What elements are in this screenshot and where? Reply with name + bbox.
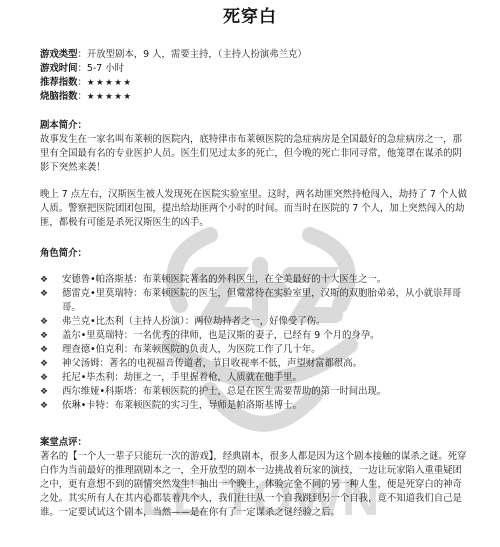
character-text: 神父汤姆：著名的电视福音传道者，节目收视率不低，声望财富都很高。 [62,358,362,369]
info-sep: ： [78,49,87,60]
page-title: 死穿白 [0,2,500,27]
diamond-bullet-icon: ❖ [40,287,48,301]
diamond-bullet-icon: ❖ [40,399,48,413]
info-row-type: 游戏类型：开放型剧本，9 人，需要主持，（主持人扮演弗兰克） [40,48,307,62]
character-text: 西尔维娅•科斯塔：布莱顿医院的护士，总是在医生需要帮助的第一时间出现。 [62,386,386,397]
section-heading: 角色简介： [40,247,470,261]
info-label: 烧脑指数 [40,91,78,102]
list-item: ❖安德鲁•帕洛斯基：布莱顿医院著名的外科医生，在全美最好的十大医生之一。 [40,273,470,287]
list-item: ❖盖尔•里莫瑞特：一名优秀的律师，也是汉斯的妻子，已经有 9 个月的身孕。 [40,329,470,343]
list-item: ❖神父汤姆：著名的电视福音传道者，节目收视率不低，声望财富都很高。 [40,357,470,371]
character-text: 安德鲁•帕洛斯基：布莱顿医院著名的外科医生，在全美最好的十大医生之一。 [62,274,386,285]
diamond-bullet-icon: ❖ [40,315,48,329]
info-row-time: 游戏时间：5-7 小时 [40,62,307,76]
character-text: 托尼•毕杰利：劫匪之一，手里握着枪，人质就在他手里。 [62,372,302,383]
section-heading: 案堂点评： [40,436,470,450]
diamond-bullet-icon: ❖ [40,329,48,343]
character-text: 理查德•伯克利：布莱顿医院的负责人，为医院工作了几十年。 [62,344,321,355]
synopsis-paragraph: 故事发生在一家名叫布莱顿的医院内，底特律市布莱顿医院的急症病房是全国最好的急症病… [40,133,470,175]
info-sep: ： [78,77,87,88]
character-list: ❖安德鲁•帕洛斯基：布莱顿医院著名的外科医生，在全美最好的十大医生之一。 ❖德雷… [40,273,470,413]
review-paragraph: 著名的【一个人一辈子只能玩一次的游戏】，经典剧本，很多人都是因为这个剧本接触的谋… [40,450,470,520]
character-text: 弗兰克•比杰利（主持人扮演）：两位劫持者之一，好像受了伤。 [62,316,325,327]
game-info: 游戏类型：开放型剧本，9 人，需要主持，（主持人扮演弗兰克） 游戏时间：5-7 … [40,48,307,104]
list-item: ❖西尔维娅•科斯塔：布莱顿医院的护士，总是在医生需要帮助的第一时间出现。 [40,385,470,399]
star-rating: ★★★★★ [87,92,133,102]
synopsis-paragraph: 晚上 7 点左右，汉斯医生被人发现死在医院实验室里。这时，两名劫匪突然持枪闯入，… [40,188,470,230]
star-rating: ★★★★★ [87,78,133,88]
info-sep: ： [78,91,87,102]
list-item: ❖托尼•毕杰利：劫匪之一，手里握着枪，人质就在他手里。 [40,371,470,385]
info-value: 5-7 小时 [87,63,124,74]
character-text: 德雷克•里莫瑞特：布莱顿医院的医生，但常常待在实验室里，汉斯的双胞胎弟弟，从小就… [62,288,461,313]
list-item: ❖理查德•伯克利：布莱顿医院的负责人，为医院工作了几十年。 [40,343,470,357]
info-row-difficulty: 烧脑指数：★★★★★ [40,90,307,104]
info-label: 游戏类型 [40,49,78,60]
character-text: 盖尔•里莫瑞特：一名优秀的律师，也是汉斯的妻子，已经有 9 个月的身孕。 [62,330,379,341]
diamond-bullet-icon: ❖ [40,371,48,385]
diamond-bullet-icon: ❖ [40,343,48,357]
list-item: ❖依琳•卡特：布莱顿医院的实习生，导师是帕洛斯基博士。 [40,399,470,413]
info-row-recommend: 推荐指数：★★★★★ [40,76,307,90]
diamond-bullet-icon: ❖ [40,273,48,287]
synopsis-section: 剧本简介： 故事发生在一家名叫布莱顿的医院内，底特律市布莱顿医院的急症病房是全国… [40,119,470,230]
review-section: 案堂点评： 著名的【一个人一辈子只能玩一次的游戏】，经典剧本，很多人都是因为这个… [40,436,470,520]
character-text: 依琳•卡特：布莱顿医院的实习生，导师是帕洛斯基博士。 [62,400,302,411]
list-item: ❖弗兰克•比杰利（主持人扮演）：两位劫持者之一，好像受了伤。 [40,315,470,329]
info-label: 推荐指数 [40,77,78,88]
info-sep: ： [78,63,87,74]
info-label: 游戏时间 [40,63,78,74]
diamond-bullet-icon: ❖ [40,385,48,399]
characters-section: 角色简介： ❖安德鲁•帕洛斯基：布莱顿医院著名的外科医生，在全美最好的十大医生之… [40,247,470,413]
list-item: ❖德雷克•里莫瑞特：布莱顿医院的医生，但常常待在实验室里，汉斯的双胞胎弟弟，从小… [40,287,470,315]
info-value: 开放型剧本，9 人，需要主持，（主持人扮演弗兰克） [87,49,307,60]
diamond-bullet-icon: ❖ [40,357,48,371]
section-heading: 剧本简介： [40,119,470,133]
